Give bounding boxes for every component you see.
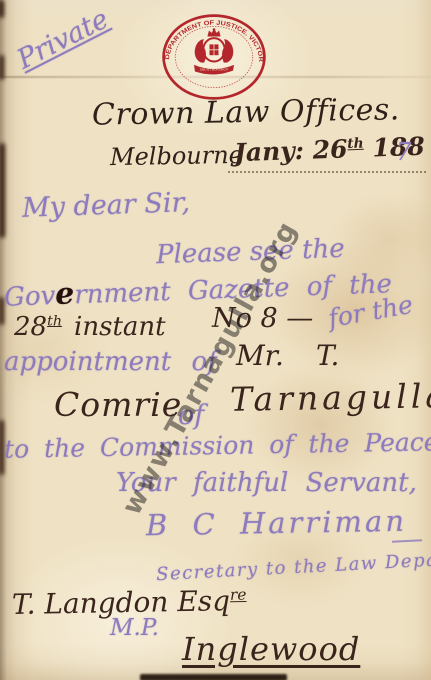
instant-word: instant bbox=[74, 312, 166, 342]
scan-edge-mark bbox=[0, 0, 4, 18]
body-mr: Mr. bbox=[236, 342, 284, 370]
recipient-name-suffix: re bbox=[230, 586, 247, 604]
salutation-line: My dear Sir, bbox=[22, 189, 191, 222]
body-commission-line: to the Commission of the Peace bbox=[4, 429, 431, 462]
letterhead-place: Melbourne bbox=[110, 143, 243, 169]
body-line-instant: 28thinstant bbox=[14, 314, 166, 340]
gazette-word-pre: Gov bbox=[4, 281, 56, 313]
date-ordinal-suffix: th bbox=[347, 135, 364, 152]
body-town: Tarnagulla bbox=[230, 379, 431, 416]
instant-ordinal-suffix: th bbox=[47, 313, 62, 329]
body-initial: T. bbox=[316, 342, 339, 370]
signature-name: B C Harriman bbox=[146, 507, 407, 541]
signature-title: Secretary to the Law Department bbox=[156, 548, 431, 584]
department-of-justice-seal-icon: DEPARTMENT OF JUSTICE. VICTORIA. DIEU ET… bbox=[158, 12, 270, 102]
date-year-final-digit: 7 bbox=[396, 140, 411, 164]
recipient-honorific: M.P. bbox=[110, 617, 159, 640]
dotted-rule bbox=[228, 171, 426, 173]
ink-correction-letter: e bbox=[55, 276, 75, 312]
body-appointment-of: appointment of bbox=[4, 349, 217, 375]
date-day-part: Jany: 26 bbox=[234, 134, 348, 167]
letterhead-office-name: Crown Law Offices. bbox=[92, 95, 400, 130]
scan-edge-shadow bbox=[140, 674, 287, 680]
recipient-place: Inglewood bbox=[182, 633, 360, 665]
letter-page: Private DEPARTMENT OF JUSTICE. VICTORIA.… bbox=[0, 0, 431, 680]
scan-edge-mark bbox=[0, 143, 5, 238]
signature-flourish bbox=[392, 539, 422, 543]
scan-edge-mark bbox=[0, 55, 4, 80]
coat-of-arms-icon: DIEU ET MON DROIT bbox=[194, 29, 234, 75]
seal-motto-text: DIEU ET MON DROIT bbox=[200, 67, 229, 71]
instant-day-number: 28 bbox=[14, 312, 47, 342]
private-annotation: Private bbox=[13, 5, 112, 73]
body-surname: Comrie bbox=[54, 388, 182, 421]
